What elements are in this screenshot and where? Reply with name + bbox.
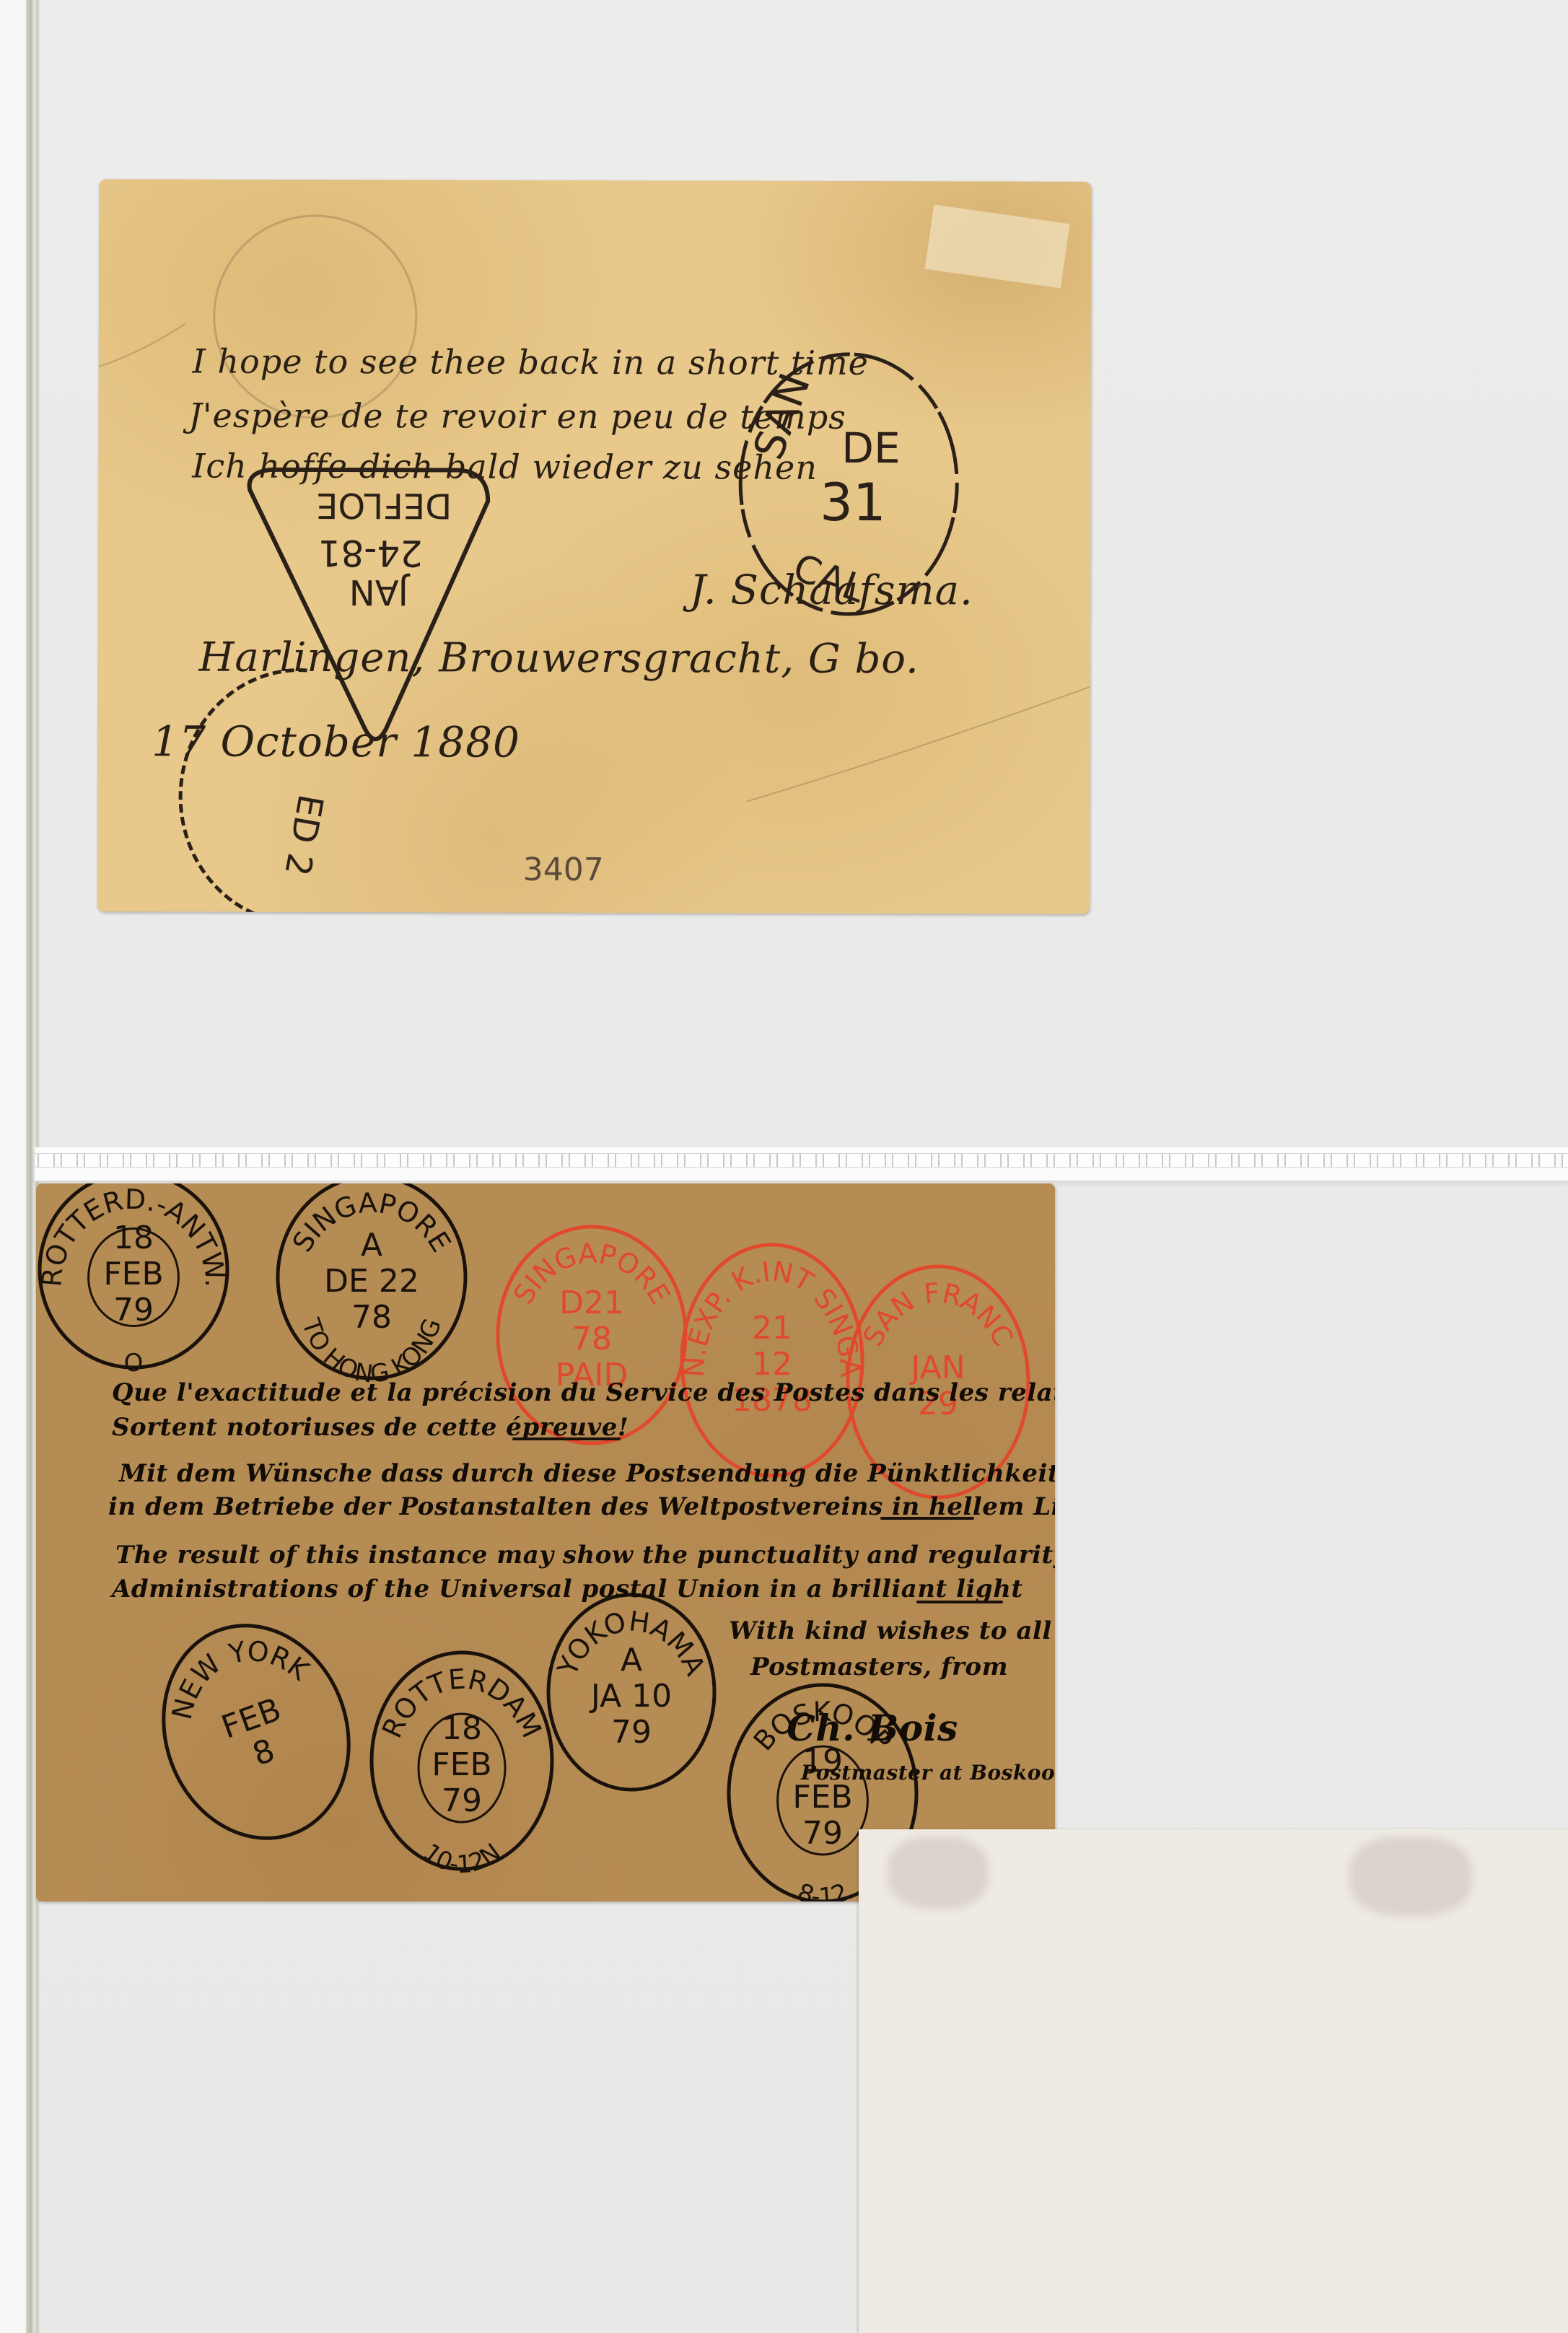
svg-text:8-12: 8-12 (794, 1878, 852, 1901)
upper-card-postmarks: SAN DE 31 CAL DEFLOE 24-81 JAN ED 2 (97, 179, 1092, 914)
svg-text:12: 12 (752, 1346, 792, 1383)
singapore-paid-postmark: SINGAPORED2178PAID (498, 1227, 686, 1443)
svg-text:79: 79 (442, 1782, 482, 1819)
svg-text:31: 31 (820, 472, 886, 533)
signature: J. Schaafsma. (690, 566, 973, 614)
signature-title: Postmaster at Boskoop (801, 1761, 1055, 1785)
protective-sleeve-edge (35, 1147, 1568, 1182)
svg-text:78: 78 (351, 1299, 392, 1336)
closing-line-2: Postmasters, from (750, 1653, 1008, 1681)
rotterdam-postmark: ROTTERDAM18FEB7910-12N (372, 1653, 552, 1879)
svg-text:18: 18 (113, 1220, 154, 1256)
svg-text:DE 22: DE 22 (324, 1263, 419, 1300)
message-line-english: I hope to see thee back in a short time (193, 342, 869, 382)
svg-text:79: 79 (113, 1292, 154, 1329)
message-line-5: The result of this instance may show the… (115, 1541, 1055, 1570)
n-exp-singapore-postmark: N.EXP. K.INT SINGA21121878 (678, 1245, 867, 1476)
svg-text:10-12N: 10-12N (417, 1838, 506, 1880)
svg-text:FEB: FEB (432, 1746, 491, 1783)
signature: Ch. Bois (787, 1707, 958, 1749)
svg-text:8: 8 (248, 1732, 280, 1774)
address-line: Harlingen, Brouwersgracht, G bo. (199, 634, 919, 683)
svg-text:24-81: 24-81 (318, 532, 423, 574)
message-line-german: Ich hoffe dich bald wieder zu sehen (192, 447, 818, 487)
svg-text:D21: D21 (559, 1284, 624, 1321)
date-line: 17 October 1880 (152, 717, 520, 766)
underline-3 (916, 1601, 1003, 1603)
svg-text:SAN FRANC: SAN FRANC (857, 1277, 1020, 1351)
svg-text:79: 79 (611, 1714, 652, 1751)
svg-text:JAN: JAN (349, 572, 411, 612)
closing-line-1: With kind wishes to all (729, 1616, 1052, 1645)
message-line-french: J'espère de te revoir en peu de temps (188, 396, 846, 437)
svg-text:A: A (361, 1227, 382, 1264)
svg-text:DE: DE (841, 424, 900, 473)
upper-postal-card: SAN DE 31 CAL DEFLOE 24-81 JAN ED 2 I ho… (97, 179, 1092, 914)
rotterdam-antw-postmark: ROTTERD.-ANTW.18FEB79O (36, 1183, 232, 1378)
message-line-1: Que l'exactitude et la précision du Serv… (112, 1378, 1055, 1407)
message-line-3: Mit dem Wünsche dass durch diese Postsen… (119, 1459, 1055, 1488)
svg-text:DEFLOE: DEFLOE (316, 485, 452, 525)
svg-text:A: A (621, 1642, 642, 1678)
triangle-postmark: DEFLOE 24-81 JAN (249, 470, 489, 740)
new-york-postmark: NEW YORKFEB8 (134, 1599, 378, 1864)
svg-text:FEB: FEB (103, 1256, 163, 1292)
yokohama-postmark: YOKOHAMAAJA 1079 (548, 1595, 714, 1790)
svg-text:79: 79 (802, 1815, 843, 1852)
singapore-hongkong-postmark: SINGAPOREADE 2278TO HONG KONG (278, 1183, 465, 1389)
message-line-6: Administrations of the Universal postal … (112, 1575, 1023, 1603)
svg-text:78: 78 (571, 1321, 612, 1357)
svg-text:21: 21 (752, 1310, 792, 1347)
underline-2 (880, 1517, 974, 1520)
inventory-number: 3407 (523, 852, 604, 888)
svg-text:O: O (124, 1349, 144, 1378)
svg-text:JA 10: JA 10 (589, 1678, 672, 1715)
blank-card (859, 1829, 1568, 2333)
lower-postal-card: ROTTERD.-ANTW.18FEB79OSINGAPOREADE 2278T… (36, 1183, 1055, 1901)
partial-postmark-bottom-left: ED 2 (180, 670, 331, 914)
underline-1 (512, 1437, 621, 1440)
svg-text:ED 2: ED 2 (276, 792, 330, 879)
svg-text:18: 18 (442, 1710, 482, 1747)
